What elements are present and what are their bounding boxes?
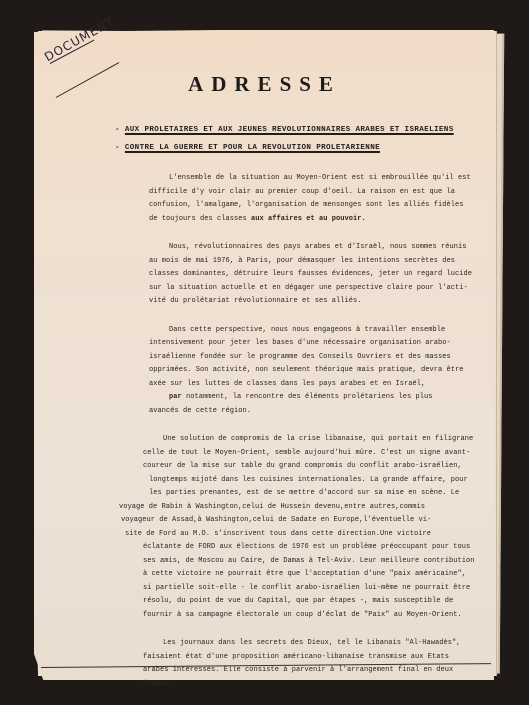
document-body: L'ensemble de la situation au Moyen-Orie… (149, 172, 479, 691)
bullet-marker: - (115, 126, 120, 134)
text-line: de toujours des classes aux affaires et … (149, 213, 479, 227)
text-line: coureur de la mise sur table du grand co… (143, 460, 479, 474)
text-line: voyage de Rabin à Washington,celui de Hu… (119, 501, 479, 515)
text-line: celle de tout le Moyen-Orient, semble au… (143, 447, 479, 461)
bullet-1: - AUX PROLETAIRES ET AUX JEUNES REVOLUTI… (115, 126, 454, 134)
bullet-text: CONTRE LA GUERRE ET POUR LA REVOLUTION P… (125, 144, 380, 152)
text-span: de toujours des classes (149, 215, 251, 223)
text-line: voyageur de Assad,à Washington,celui de … (121, 514, 479, 528)
document-title: ADRESSE (0, 72, 529, 97)
paragraph-1: L'ensemble de la situation au Moyen-Orie… (149, 172, 479, 226)
paragraph-3: Dans cette perspective, nous nous engage… (149, 324, 479, 419)
text-line: au mois de mai 1976, à Paris, pour démas… (149, 255, 479, 269)
text-line: Les journaux dans les secrets des Dieux,… (143, 637, 479, 651)
text-line: Une solution de compromis de la crise li… (143, 433, 479, 447)
bullet-marker: - (115, 144, 120, 152)
text-line: arabes intéressés. Elle consiste à parve… (143, 664, 479, 678)
text-line: résolu, du point de vue du Capital, que … (143, 595, 479, 609)
text-line: fournir à sa campagne électorale un coup… (143, 609, 479, 623)
bullet-text: AUX PROLETAIRES ET AUX JEUNES REVOLUTION… (125, 126, 454, 134)
text-line: Nous, révolutionnaires des pays arabes e… (149, 241, 479, 255)
paragraph-5: Les journaux dans les secrets des Dieux,… (143, 637, 479, 691)
text-line: difficile d'y voir clair au premier coup… (149, 186, 479, 200)
text-line: Dans cette perspective, nous nous engage… (149, 324, 479, 338)
text-line: israélienne fondée sur le programme des … (149, 351, 479, 365)
text-line: par notamment, la rencontre des éléments… (149, 391, 479, 405)
text-line: étapes : (143, 678, 479, 692)
text-line: intensivement pour jeter les bases d'une… (149, 337, 479, 351)
text-line: opprimées. Son activité, non seulement t… (149, 364, 479, 378)
text-line: ses amis, de Moscou au Caire, de Damas à… (143, 555, 479, 569)
text-line: faisaient état d'une proposition américa… (143, 651, 479, 665)
text-line: axée sur les luttes de classes dans les … (149, 378, 479, 392)
text-line: avancés de cette région. (149, 405, 479, 419)
emphasized-text: par (169, 393, 182, 401)
text-line: les parties prenantes, est de se mettre … (143, 487, 479, 501)
emphasized-text: aux affaires et au pouvoir. (251, 215, 366, 223)
text-span: notamment, la rencontre des éléments pro… (182, 393, 433, 401)
text-line: longtemps mijoté dans les cuisines inter… (143, 474, 479, 488)
text-line: confusion, l'amalgame, l'organisation de… (149, 199, 479, 213)
bullet-2: - CONTRE LA GUERRE ET POUR LA REVOLUTION… (115, 144, 380, 152)
text-line: L'ensemble de la situation au Moyen-Orie… (149, 172, 479, 186)
text-line: vité du prolétariat révolutionnaire et s… (149, 295, 479, 309)
text-line: classes dominantes, détruire leurs fauss… (149, 268, 479, 282)
text-line: éclatante de FORD aux élections de 1976 … (143, 541, 479, 555)
paragraph-4: Une solution de compromis de la crise li… (143, 433, 479, 622)
text-line: à cette victoire ne pourrait être que l'… (143, 568, 479, 582)
paragraph-2: Nous, révolutionnaires des pays arabes e… (149, 241, 479, 309)
text-line: si partielle soit-elle - le conflit arab… (143, 582, 479, 596)
text-line: site de Ford au M.O. s'inscrivent tous d… (125, 528, 479, 542)
text-line: sur la situation actuelle et en dégager … (149, 282, 479, 296)
